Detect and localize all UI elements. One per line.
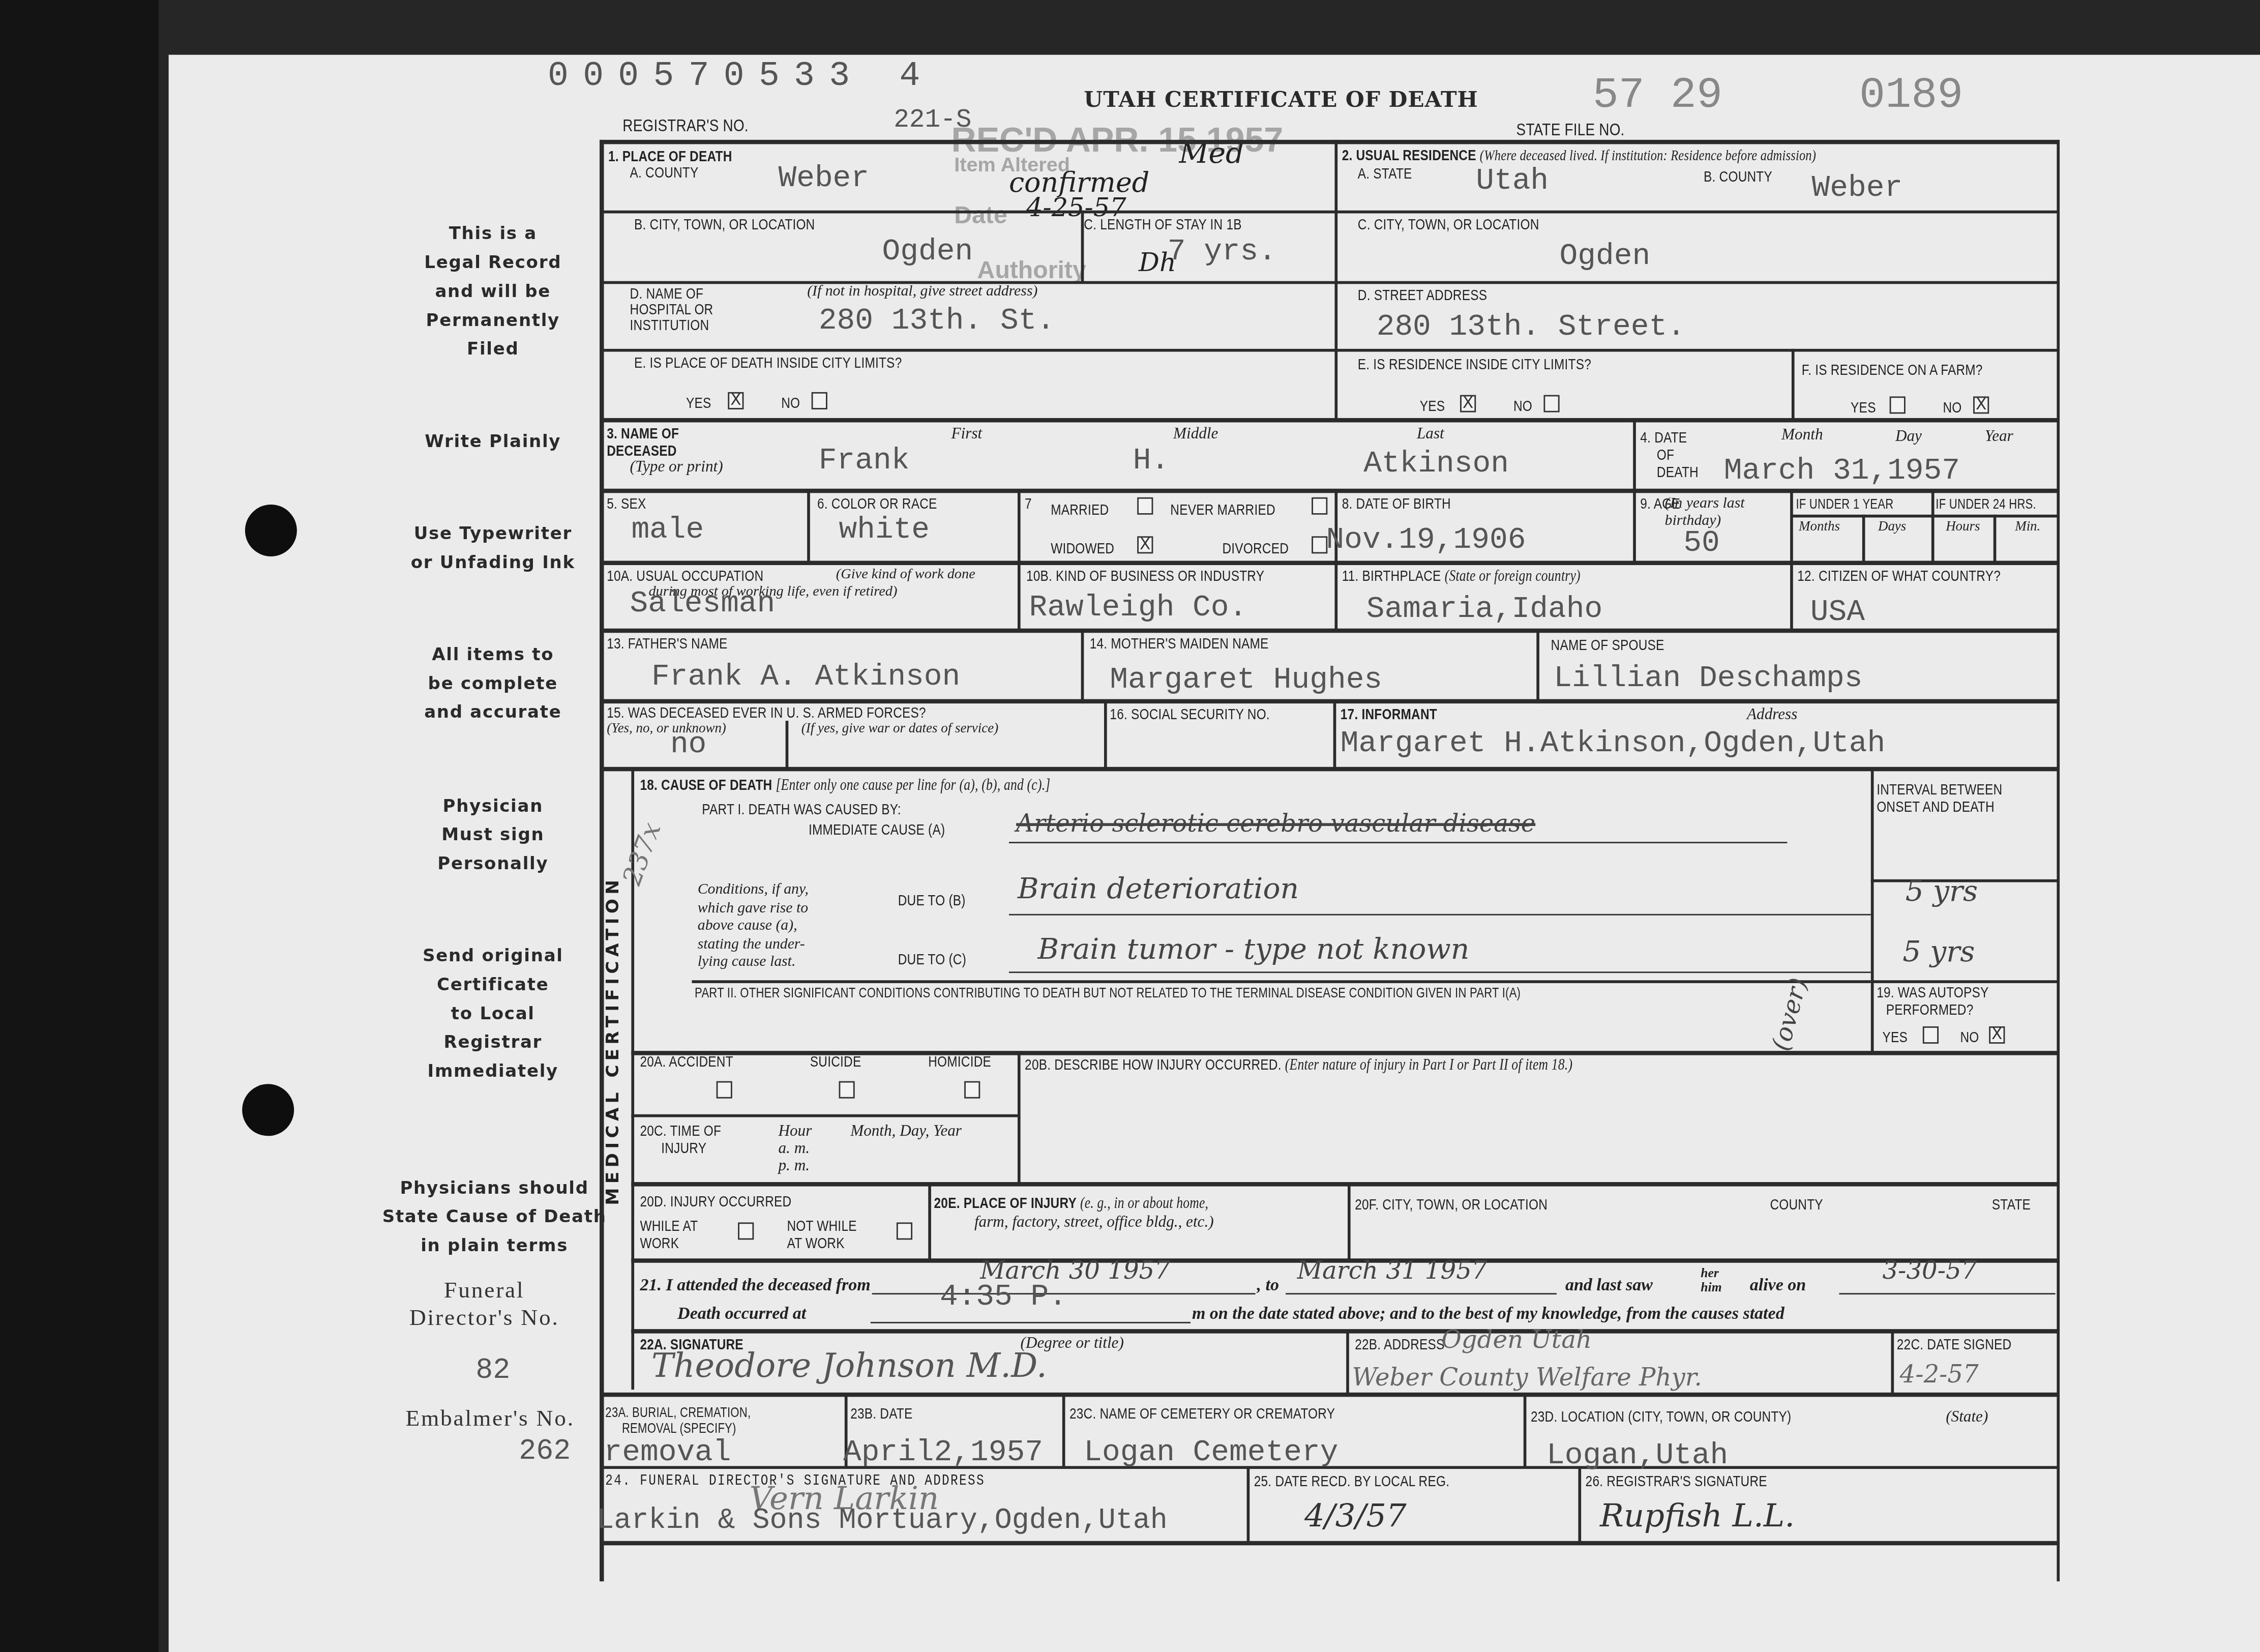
yes-label: YES [1420, 398, 1445, 415]
rule [1286, 1293, 1557, 1294]
rule [928, 1185, 930, 1260]
armed-forces-service-hint: (If yes, give war or dates of service) [801, 722, 998, 736]
month-label: Month [1781, 427, 1823, 444]
homicide-label: HOMICIDE [928, 1054, 991, 1071]
address-label: 22b. ADDRESS [1355, 1336, 1444, 1353]
dob-label: 8. DATE OF BIRTH [1342, 496, 1451, 513]
res-city-label: c. CITY, TOWN, OR LOCATION [1358, 216, 1539, 233]
registrar-no-label: REGISTRAR'S NO. [622, 115, 748, 136]
sex-field[interactable]: male [631, 515, 704, 548]
injury-city-label: 20f. CITY, TOWN, OR LOCATION [1355, 1196, 1548, 1214]
rule [1839, 1293, 2055, 1294]
yes-label: YES [1851, 399, 1876, 417]
day-label: Day [1895, 428, 1922, 446]
last-label: Last [1417, 425, 1444, 442]
rule [1536, 631, 1538, 703]
deceased-name-label: 3. NAME OFDECEASED [607, 425, 679, 460]
rule [1524, 1396, 1526, 1468]
accident-checkbox[interactable] [717, 1081, 732, 1099]
interval-b-field[interactable]: 5 yrs [1906, 874, 1978, 908]
amendment-date-label: Date [954, 202, 1007, 231]
farm-no-checkbox[interactable]: X [1973, 396, 1989, 414]
interval-label: INTERVAL BETWEENONSET AND DEATH [1877, 781, 2002, 816]
res-county-field[interactable]: Weber [1812, 173, 1903, 206]
time-of-injury-label: 20c. TIME OFINJURY [640, 1123, 721, 1158]
registrar-signature[interactable]: Rupfish L.L. [1600, 1499, 1795, 1536]
rule [1062, 1396, 1064, 1468]
state-file-no: 0189 [1859, 72, 1963, 121]
mother-field[interactable]: Margaret Hughes [1110, 665, 1382, 698]
registrar-sig-label: 26. REGISTRAR'S SIGNATURE [1586, 1473, 1767, 1491]
rule [600, 489, 2058, 493]
while-at-work-label: WHILE ATWORK [640, 1218, 698, 1253]
no-label: NO [1513, 398, 1532, 415]
rule [1334, 140, 1336, 420]
rule [1009, 971, 1871, 973]
rule [1994, 515, 1996, 564]
married-label: MARRIED [1051, 501, 1109, 519]
notice-write-plainly: Write Plainly [378, 427, 608, 456]
funeral-director-no-label: FuneralDirector's No. [354, 1277, 614, 1332]
rule [600, 140, 2058, 144]
date-recd-label: 25. DATE RECD. BY LOCAL REG. [1254, 1473, 1449, 1491]
res-inside-city-no-checkbox[interactable] [1543, 395, 1559, 412]
days-label: Days [1878, 520, 1906, 535]
armed-forces-field[interactable]: no [670, 729, 706, 762]
inside-city-yes-checkbox[interactable]: X [728, 392, 744, 409]
suicide-label: SUICIDE [810, 1054, 861, 1071]
autopsy-no-checkbox[interactable]: X [1989, 1026, 2005, 1044]
date-of-death-field[interactable]: March 31,1957 [1724, 456, 1960, 489]
rule [2057, 140, 2059, 1581]
disposition-label: 23a. BURIAL, CREMATION,REMOVAL (Specify) [605, 1405, 751, 1437]
citizen-field[interactable]: USA [1810, 597, 1865, 630]
location-label: 23d. LOCATION (City, town, or county) [1531, 1408, 1792, 1426]
last-saw-label: and last saw [1565, 1274, 1653, 1296]
notice-complete: All items tobe completeand accurate [378, 640, 608, 726]
father-field[interactable]: Frank A. Atkinson [651, 662, 960, 695]
scan-stage: 000570533 4 REGISTRAR'S NO. 221-S UTAH C… [0, 0, 2260, 1652]
cause-of-death-label: 18. CAUSE OF DEATH [Enter only one cause… [640, 777, 1050, 794]
race-label: 6. COLOR OR RACE [817, 496, 937, 513]
res-street-field[interactable]: 280 13th. Street. [1377, 311, 1685, 344]
widowed-checkbox[interactable]: X [1137, 536, 1153, 553]
funeral-director-no: 82 [475, 1355, 510, 1388]
rule [1871, 980, 2058, 982]
conditions-hint: Conditions, if any,which gave rise toabo… [698, 882, 809, 972]
injury-occurred-label: 20d. INJURY OCCURRED [640, 1194, 791, 1211]
physician-address-line2[interactable]: Weber County Welfare Phyr. [1352, 1364, 1702, 1393]
hospital-label: d. NAME OFHOSPITAL ORINSTITUTION [630, 287, 713, 335]
length-of-stay-field[interactable]: 7 yrs. [1168, 237, 1276, 270]
date-of-death-label: 4. DATEOFDEATH [1640, 430, 1699, 482]
race-field[interactable]: white [839, 515, 930, 548]
res-inside-city-yes-checkbox[interactable]: X [1460, 395, 1476, 412]
place-of-injury-label: 20e. PLACE OF INJURY (e. g., in or about… [934, 1195, 1209, 1213]
due-to-c-label: DUE TO (c) [898, 952, 966, 969]
accident-label: 20a. ACCIDENT [640, 1054, 733, 1071]
under-1-year-label: IF UNDER 1 YEAR [1796, 497, 1893, 513]
punch-hole-bottom [242, 1084, 294, 1136]
date-signed-field[interactable]: 4-2-57 [1899, 1361, 1978, 1390]
physician-address-line1[interactable]: Ogden Utah [1441, 1326, 1592, 1355]
no-label: NO [1943, 399, 1962, 417]
min-label: Min. [2015, 520, 2040, 535]
last-seen-field[interactable]: 3-30-57 [1882, 1257, 1977, 1286]
hospital-field[interactable]: 280 13th. St. [819, 306, 1055, 339]
ssn-label: 16. SOCIAL SECURITY NO. [1110, 706, 1270, 724]
interval-c-field[interactable]: 5 yrs [1902, 934, 1975, 969]
death-city-field[interactable]: Ogden [882, 237, 973, 270]
marital-label: 7 [1025, 496, 1032, 513]
rule [1081, 631, 1083, 703]
widowed-label: WIDOWED [1051, 541, 1114, 558]
rule [786, 721, 788, 770]
certificate-title: UTAH CERTIFICATE OF DEATH [1084, 86, 1478, 112]
notice-legal-record: This is aLegal Recordand will bePermanen… [378, 219, 608, 363]
due-to-b-field[interactable]: Brain deterioration [1018, 871, 1299, 905]
burial-date-label: 23b. DATE [850, 1405, 912, 1423]
death-county-field[interactable]: Weber [778, 163, 869, 196]
first-label: First [951, 425, 983, 442]
rule [600, 1393, 2058, 1397]
armed-forces-label: 15. WAS DECEASED EVER IN U. S. ARMED FOR… [607, 705, 926, 722]
embalmer-no-label: Embalmer's No. [361, 1405, 620, 1433]
part1-label: PART I. DEATH WAS CAUSED BY: [702, 802, 901, 819]
death-occurred-label: Death occurred at [677, 1303, 806, 1325]
birthplace-field[interactable]: Samaria,Idaho [1366, 594, 1602, 627]
inside-city-no-checkbox[interactable] [812, 392, 827, 409]
cemetery-field[interactable]: Logan Cemetery [1084, 1437, 1338, 1470]
notice-cause-plain: Physicians shouldState Cause of Deathin … [372, 1173, 617, 1260]
hour-labels: Houra. m.p. m. [778, 1123, 812, 1175]
length-of-stay-label: c. LENGTH OF STAY IN 1b [1084, 216, 1241, 233]
dob-field[interactable]: Nov.19,1906 [1326, 525, 1526, 558]
autopsy-yes-checkbox[interactable] [1923, 1026, 1939, 1044]
rule [1871, 770, 1873, 1052]
res-street-label: d. STREET ADDRESS [1358, 287, 1487, 304]
res-inside-city-label: e. IS RESIDENCE INSIDE CITY LIMITS? [1358, 356, 1591, 373]
mother-label: 14. MOTHER'S MAIDEN NAME [1090, 636, 1269, 653]
armed-forces-hint: (Yes, no, or unknown) [607, 722, 726, 736]
serial-number: 000570533 4 [548, 57, 935, 97]
part2-label: PART II. OTHER SIGNIFICANT CONDITIONS CO… [695, 986, 1521, 1002]
place-of-injury-hint: farm, factory, street, office bldg., etc… [974, 1214, 1214, 1231]
age-hint: (In years last birthday) [1665, 496, 1780, 530]
rule [692, 980, 1870, 983]
rule [871, 1322, 1191, 1323]
divorced-checkbox[interactable] [1312, 536, 1327, 553]
autopsy-label: 19. WAS AUTOPSYPERFORMED? [1877, 985, 1988, 1019]
rule [1931, 491, 1934, 564]
medical-certification-band: MEDICAL CERTIFICATION [603, 876, 623, 1205]
birthplace-label: 11. BIRTHPLACE (State or foreign country… [1342, 568, 1581, 585]
year-label: Year [1985, 428, 2013, 446]
alive-on-label: alive on [1750, 1274, 1806, 1296]
rule [1018, 1054, 1020, 1184]
death-time-suffix: m on the date stated above; and to the b… [1192, 1303, 1785, 1325]
scanner-edge [0, 0, 159, 1652]
spouse-field[interactable]: Lillian Deschamps [1554, 663, 1862, 696]
attended-label: 21. I attended the deceased from [640, 1274, 870, 1296]
occupation-field[interactable]: Salesman [630, 588, 776, 621]
rule [600, 699, 2058, 704]
last-name-field[interactable]: Atkinson [1363, 448, 1509, 481]
business-label: 10b. KIND OF BUSINESS OR INDUSTRY [1026, 568, 1264, 585]
first-name-field[interactable]: Frank [819, 446, 910, 479]
rule [1862, 515, 1864, 564]
middle-name-field[interactable]: H. [1133, 446, 1169, 479]
rule [600, 767, 2058, 772]
cemetery-label: 23c. NAME OF CEMETERY OR CREMATORY [1069, 1405, 1335, 1423]
notice-typewriter: Use Typewriteror Unfading Ink [378, 519, 608, 576]
rule [600, 1541, 2058, 1546]
due-to-b-label: DUE TO (b) [898, 892, 966, 909]
rule [631, 1182, 2058, 1187]
months-label: Months [1799, 520, 1840, 535]
rule [1009, 914, 1871, 916]
funeral-director-field[interactable]: Larkin & Sons Mortuary,Ogden,Utah [597, 1505, 1168, 1538]
rule [600, 418, 2058, 423]
deceased-name-hint: (Type or print) [630, 458, 723, 476]
father-label: 13. FATHER'S NAME [607, 636, 727, 653]
informant-address-label: Address [1747, 706, 1797, 724]
middle-label: Middle [1173, 425, 1218, 442]
rule [1790, 515, 2058, 517]
rule [600, 349, 2058, 352]
rule [600, 561, 2058, 566]
informant-label: 17. INFORMANT [1341, 706, 1437, 724]
married-checkbox[interactable] [1137, 497, 1153, 515]
notice-send-original: Send originalCertificateto LocalRegistra… [378, 941, 608, 1085]
notice-physician-sign: PhysicianMust signPersonally [378, 791, 608, 878]
while-at-work-checkbox[interactable] [738, 1222, 754, 1240]
state-file-no-label: STATE FILE NO. [1516, 120, 1625, 140]
never-married-checkbox[interactable] [1312, 497, 1327, 515]
state-file-no-prefix: 57 29 [1593, 72, 1722, 121]
res-state-label: a. STATE [1358, 166, 1412, 183]
injury-how-label: 20b. DESCRIBE HOW INJURY OCCURRED. (Ente… [1025, 1056, 1572, 1074]
spouse-label: NAME OF SPOUSE [1551, 637, 1664, 655]
date-recd-field[interactable]: 4/3/57 [1304, 1499, 1407, 1536]
yes-label: YES [1882, 1029, 1908, 1047]
rule [1346, 1332, 1348, 1396]
res-county-label: b. COUNTY [1704, 169, 1772, 186]
rule [1578, 1467, 1580, 1542]
to-label: , to [1257, 1274, 1278, 1296]
not-while-at-work-label: NOT WHILEAT WORK [787, 1218, 856, 1253]
business-field[interactable]: Rawleigh Co. [1029, 593, 1247, 626]
citizen-label: 12. CITIZEN OF WHAT COUNTRY? [1797, 568, 2001, 585]
hospital-hint: (If not in hospital, give street address… [807, 284, 1037, 300]
yes-label: YES [686, 395, 711, 412]
suicide-checkbox[interactable] [839, 1081, 855, 1099]
immediate-cause-field[interactable]: Arterio sclerotic cerebro vascular disea… [1016, 810, 1535, 839]
res-city-field[interactable]: Ogden [1560, 241, 1651, 274]
rule [631, 1114, 1018, 1117]
informant-field[interactable]: Margaret H.Atkinson,Ogden,Utah [1341, 728, 1886, 761]
rule [1348, 1185, 1350, 1260]
injury-state-label: STATE [1992, 1196, 2031, 1214]
under-24-hrs-label: IF UNDER 24 HRS. [1936, 497, 2036, 513]
no-label: NO [1960, 1029, 1979, 1047]
farm-yes-checkbox[interactable] [1890, 396, 1906, 414]
physician-signature[interactable]: Theodore Johnson M.D. [651, 1348, 1047, 1385]
usual-residence-label: 2. USUAL RESIDENCE (Where deceased lived… [1342, 147, 1817, 164]
place-of-death-label: 1. PLACE OF DEATH [608, 149, 732, 166]
res-state-field[interactable]: Utah [1476, 166, 1549, 199]
rule [600, 140, 603, 1581]
rule [1104, 702, 1106, 770]
rule [1247, 1467, 1249, 1542]
death-time-field[interactable]: 4:35 P. [940, 1282, 1067, 1315]
no-label: NO [781, 395, 800, 412]
disposition-field[interactable]: removal [604, 1437, 731, 1470]
rule [1009, 842, 1787, 843]
due-to-c-field[interactable]: Brain tumor - type not known [1038, 931, 1470, 966]
age-field[interactable]: 50 [1683, 527, 1719, 560]
rule [1081, 211, 1083, 283]
sex-label: 5. SEX [607, 496, 646, 513]
never-married-label: NEVER MARRIED [1170, 501, 1275, 519]
rule [1333, 702, 1335, 770]
rule [600, 211, 2058, 214]
not-while-at-work-checkbox[interactable] [897, 1222, 912, 1240]
her-him-label: herhim [1701, 1265, 1721, 1294]
rule [807, 491, 809, 564]
city-label: b. CITY, TOWN, OR LOCATION [634, 216, 815, 233]
location-field[interactable]: Logan,Utah [1547, 1440, 1728, 1473]
rule [1792, 349, 1794, 421]
divorced-label: DIVORCED [1222, 541, 1289, 558]
homicide-checkbox[interactable] [964, 1081, 980, 1099]
county-label: a. COUNTY [630, 164, 699, 182]
embalmer-no: 262 [519, 1436, 571, 1469]
rule [631, 1329, 2058, 1334]
mdy-label: Month, Day, Year [850, 1123, 962, 1140]
rule [1891, 1332, 1893, 1396]
date-signed-label: 22c. DATE SIGNED [1897, 1336, 2012, 1353]
state-label: (State) [1946, 1408, 1988, 1426]
hours-label: Hours [1946, 520, 1980, 535]
burial-date-field[interactable]: April2,1957 [843, 1437, 1043, 1470]
injury-county-label: COUNTY [1770, 1196, 1823, 1214]
farm-label: f. IS RESIDENCE ON A FARM? [1802, 362, 1983, 379]
punch-hole-top [245, 505, 297, 556]
attended-to-field[interactable]: March 31 1957 [1297, 1257, 1488, 1286]
inside-city-label: e. IS PLACE OF DEATH INSIDE CITY LIMITS? [634, 355, 902, 372]
immediate-cause-label: IMMEDIATE CAUSE (a) [809, 821, 945, 839]
